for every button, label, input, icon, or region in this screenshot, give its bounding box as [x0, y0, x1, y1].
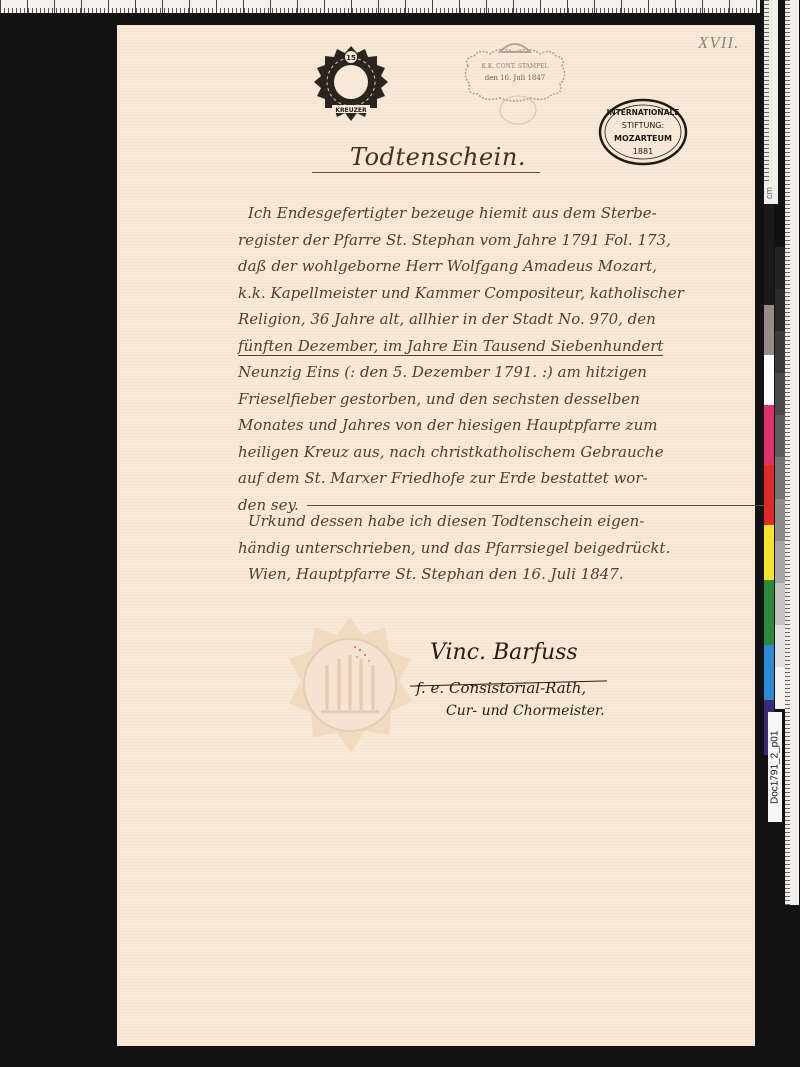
parish-seal-icon	[285, 615, 415, 755]
color-patch	[764, 205, 774, 305]
document-title: Todtenschein.	[350, 143, 526, 171]
ruler-tick	[540, 0, 541, 13]
certificate-body: Ich Endesgefertigter bezeuge hiemit aus …	[238, 200, 758, 518]
color-patch	[764, 465, 774, 525]
ruler-tick	[648, 0, 649, 13]
tax-stamp-value: 15	[346, 54, 356, 62]
ruler-tick	[675, 0, 676, 13]
gray-patch	[775, 457, 785, 499]
ruler-tick	[81, 0, 82, 13]
ruler-tick	[594, 0, 595, 13]
ruler-tick	[216, 0, 217, 13]
ruler-tick	[54, 0, 55, 13]
body-line: Frieselfieber gestorben, und den sechste…	[238, 386, 758, 413]
color-patch	[764, 305, 774, 355]
ruler-tick	[729, 0, 730, 13]
color-patch	[764, 525, 774, 580]
mozarteum-archive-stamp-icon: INTERNATIONALE STIFTUNG: MOZARTEUM 1881	[596, 96, 690, 168]
body-line: Religion, 36 Jahre alt, allhier in der S…	[238, 306, 758, 333]
body-line: auf dem St. Marxer Friedhofe zur Erde be…	[238, 465, 758, 492]
gray-patch	[775, 499, 785, 541]
body-line: k.k. Kapellmeister und Kammer Compositeu…	[238, 280, 758, 307]
body-line: Monates und Jahres von der hiesigen Haup…	[238, 412, 758, 439]
closing-line: Urkund dessen habe ich diesen Todtensche…	[238, 508, 758, 535]
underlined-date-text: fünften Dezember, im Jahre Ein Tausend S…	[238, 337, 663, 356]
tax-stamp-icon: 15 KREUZER	[312, 45, 390, 123]
gray-patch	[775, 415, 785, 457]
gray-patch	[775, 373, 785, 415]
color-patch	[764, 580, 774, 645]
body-line: register der Pfarre St. Stephan vom Jahr…	[238, 227, 758, 254]
folio-number: XVII.	[698, 33, 739, 53]
ruler-tick	[162, 0, 163, 13]
gray-patch	[775, 205, 785, 247]
signatory-title: f. e. Consistorial-Rath,	[416, 679, 605, 697]
customs-stamp-icon: K.K. CONT. STAMPEL den 16. Juli 1847	[460, 38, 570, 128]
color-patch	[764, 645, 774, 700]
ruler-unit-label: cm	[764, 182, 778, 204]
gray-patch	[775, 247, 785, 289]
ruler-tick	[459, 0, 460, 13]
ruler-tick	[297, 0, 298, 13]
ruler-tick	[405, 0, 406, 13]
ruler-tick	[135, 0, 136, 13]
body-line: Neunzig Eins (: den 5. Dezember 1791. :)…	[238, 359, 758, 386]
ruler-tick	[324, 0, 325, 13]
signatory-office: Cur- und Chormeister.	[446, 703, 605, 719]
tax-stamp-unit: KREUZER	[335, 107, 367, 114]
grayscale-calibration-strip	[775, 205, 785, 709]
archive-stamp-line2: STIFTUNG:	[622, 121, 664, 130]
certificate-closing: Urkund dessen habe ich diesen Todtensche…	[238, 508, 758, 588]
customs-stamp-date: den 16. Juli 1847	[485, 74, 546, 82]
gray-patch	[775, 625, 785, 667]
ruler-tick	[243, 0, 244, 13]
body-line: fünften Dezember, im Jahre Ein Tausend S…	[238, 333, 758, 360]
archive-stamp-year: 1881	[633, 147, 653, 156]
ruler-tick	[189, 0, 190, 13]
gray-patch	[775, 289, 785, 331]
line-filler-rule	[307, 505, 767, 506]
gray-patch	[775, 331, 785, 373]
gray-patch	[775, 667, 785, 709]
ruler-tick	[270, 0, 271, 13]
ruler-tick	[621, 0, 622, 13]
color-calibration-strip	[764, 205, 774, 755]
signatory-name: Vinc. Barfuss	[430, 640, 605, 665]
ruler-tick	[378, 0, 379, 13]
ruler-tick	[486, 0, 487, 13]
ruler-tick	[0, 0, 1, 13]
gray-patch	[775, 541, 785, 583]
ruler-tick	[702, 0, 703, 13]
body-line: heiligen Kreuz aus, nach christkatholisc…	[238, 439, 758, 466]
ruler-tick	[567, 0, 568, 13]
right-measuring-ruler-outer	[785, 0, 799, 905]
ruler-tick	[351, 0, 352, 13]
ruler-tick	[432, 0, 433, 13]
ruler-tick	[513, 0, 514, 13]
archive-stamp-line1: INTERNATIONALE	[607, 108, 680, 117]
body-line: Ich Endesgefertigter bezeuge hiemit aus …	[238, 200, 758, 227]
place-date-line: Wien, Hauptpfarre St. Stephan den 16. Ju…	[238, 561, 758, 588]
top-measuring-ruler	[0, 0, 760, 13]
color-patch	[764, 405, 774, 465]
closing-line: händig unterschrieben, und das Pfarrsieg…	[238, 535, 758, 562]
gray-patch	[775, 583, 785, 625]
right-measuring-ruler-inner	[764, 0, 778, 200]
color-patch	[764, 355, 774, 405]
body-line: daß der wohlgeborne Herr Wolfgang Amadeu…	[238, 253, 758, 280]
archive-stamp-line3: MOZARTEUM	[614, 134, 672, 143]
title-underline	[312, 172, 540, 173]
customs-stamp-line1: K.K. CONT. STAMPEL	[481, 63, 548, 70]
ruler-tick	[108, 0, 109, 13]
ruler-tick	[756, 0, 757, 13]
ruler-tick	[27, 0, 28, 13]
signature-block: Vinc. Barfuss f. e. Consistorial-Rath, C…	[430, 640, 605, 719]
document-id-label: Doc1791_2_p01	[768, 712, 782, 822]
